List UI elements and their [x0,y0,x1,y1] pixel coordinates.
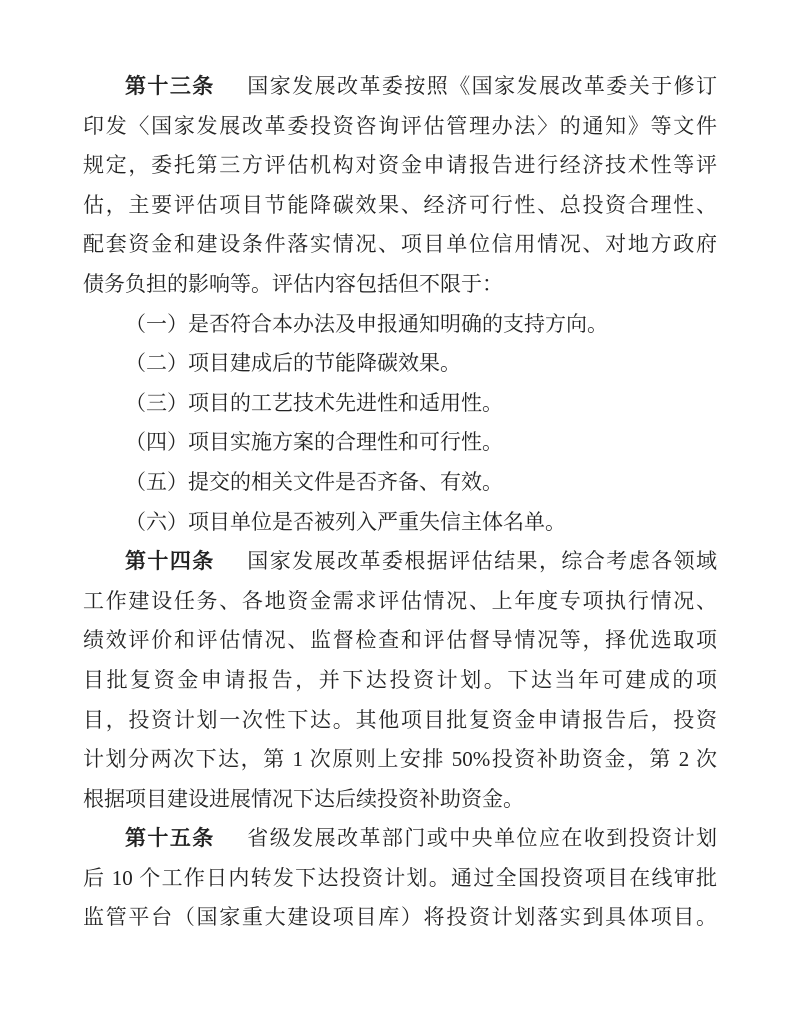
article-13-number: 第十三条 [125,74,215,98]
list-item-3: （三）项目的工艺技术先进性和适用性。 [83,384,717,424]
text-line: 工作建设任务、各地资金需求评估情况、上年度专项执行情况、 [83,582,717,622]
list-item-6: （六）项目单位是否被列入严重失信主体名单。 [83,503,717,543]
article-15-number: 第十五条 [125,826,215,850]
article-15-first-line: 第十五条省级发展改革部门或中央单位应在收到投资计划 [83,819,717,859]
text-line: 绩效评价和评估情况、监督检查和评估督导情况等，择优选取项 [83,621,717,661]
text-line: 计划分两次下达，第 1 次原则上安排 50%投资补助资金，第 2 次 [83,740,717,780]
text-line: 根据项目建设进展情况下达后续投资补助资金。 [83,780,717,820]
text-line: 监管平台（国家重大建设项目库）将投资计划落实到具体项目。 [83,898,717,938]
article-14-number: 第十四条 [125,549,215,573]
article-14-first-line: 第十四条国家发展改革委根据评估结果，综合考虑各领域 [83,542,717,582]
list-item-5: （五）提交的相关文件是否齐备、有效。 [83,463,717,503]
list-item-2: （二）项目建成后的节能降碳效果。 [83,344,717,384]
text-line: 配套资金和建设条件落实情况、项目单位信用情况、对地方政府 [83,225,717,265]
text-line: 估，主要评估项目节能降碳效果、经济可行性、总投资合理性、 [83,186,717,226]
text-line: 印发〈国家发展改革委投资咨询评估管理办法〉的通知》等文件 [83,107,717,147]
document-page: 第十三条国家发展改革委按照《国家发展改革委关于修订 印发〈国家发展改革委投资咨询… [0,0,800,1016]
text-line: 规定，委托第三方评估机构对资金申请报告进行经济技术性等评 [83,146,717,186]
article-15-text: 省级发展改革部门或中央单位应在收到投资计划 [247,826,717,850]
text-line: 债务负担的影响等。评估内容包括但不限于： [83,265,717,305]
article-14-text: 国家发展改革委根据评估结果，综合考虑各领域 [247,549,717,573]
text-line: 目批复资金申请报告，并下达投资计划。下达当年可建成的项 [83,661,717,701]
list-item-1: （一）是否符合本办法及申报通知明确的支持方向。 [83,305,717,345]
list-item-4: （四）项目实施方案的合理性和可行性。 [83,423,717,463]
text-line: 目，投资计划一次性下达。其他项目批复资金申请报告后，投资 [83,701,717,741]
article-13-text: 国家发展改革委按照《国家发展改革委关于修订 [247,74,717,98]
text-line: 后 10 个工作日内转发下达投资计划。通过全国投资项目在线审批 [83,859,717,899]
article-13-first-line: 第十三条国家发展改革委按照《国家发展改革委关于修订 [83,67,717,107]
